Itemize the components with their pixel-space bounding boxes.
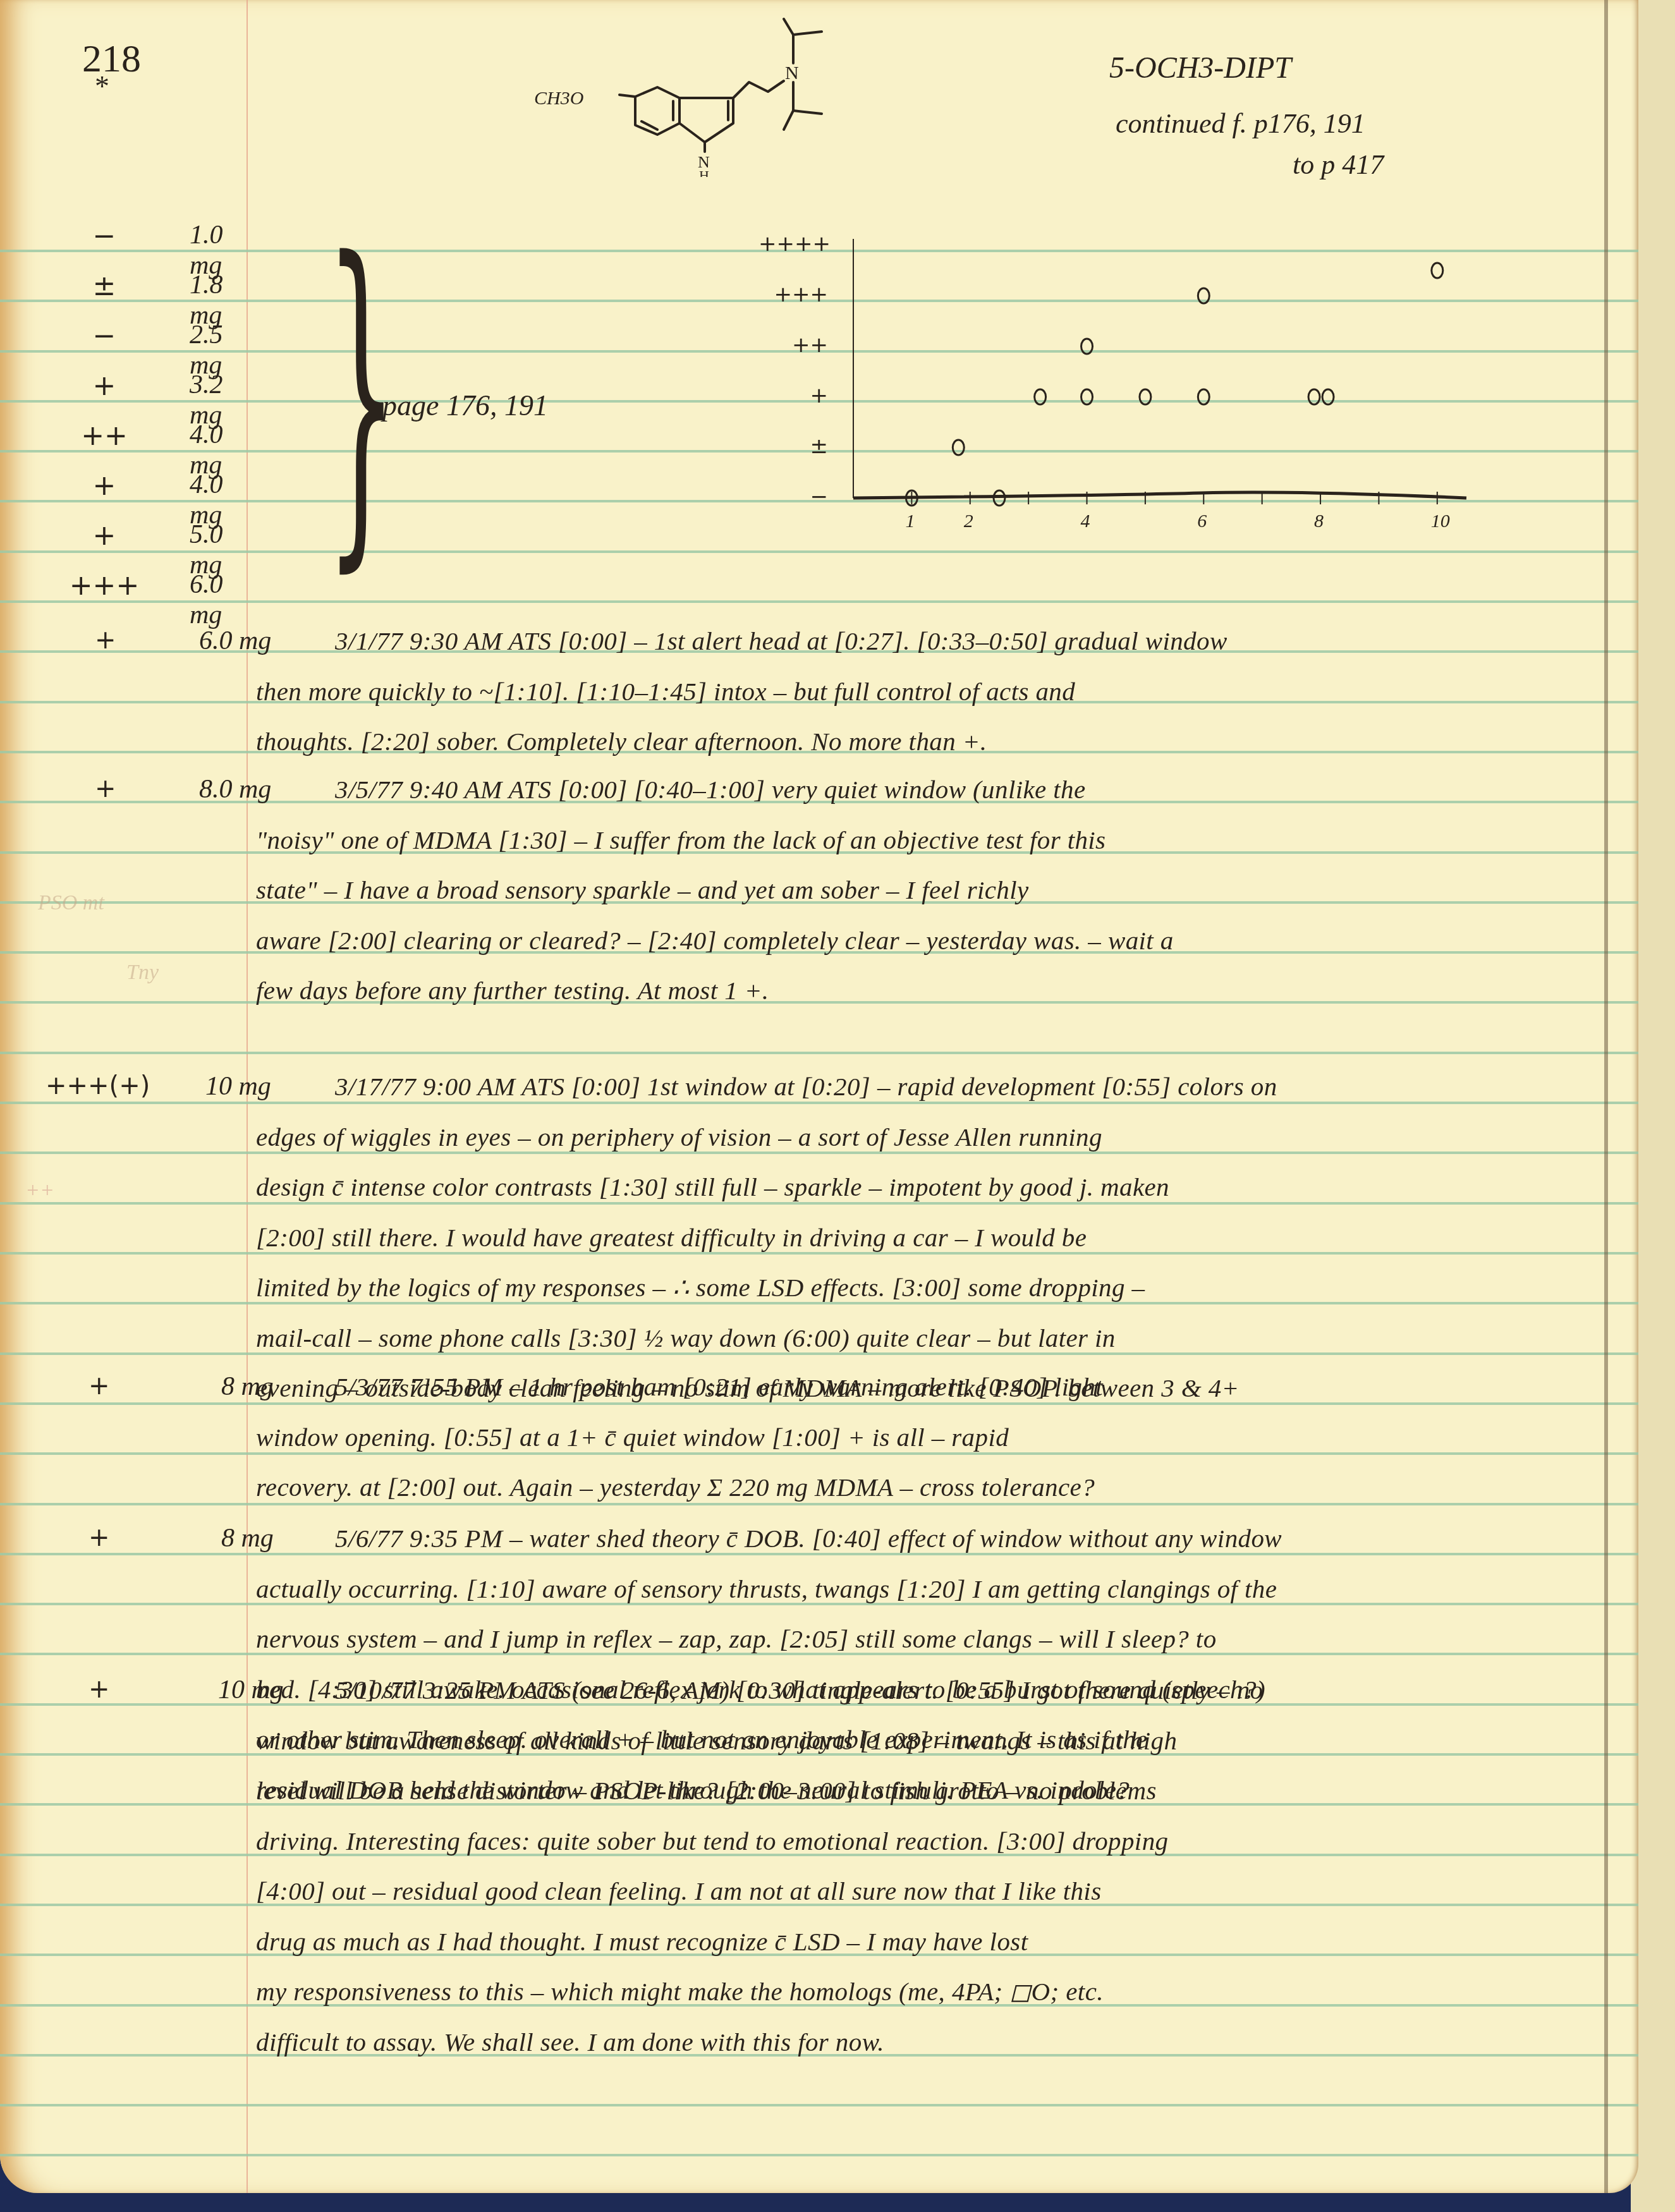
methoxy-label: CH3O [534, 88, 583, 109]
entry-text-line: aware [2:00] clearing or cleared? – [2:4… [256, 925, 1628, 956]
ruled-line [0, 1352, 1638, 1355]
entry-text-line: edges of wiggles in eyes – on periphery … [256, 1122, 1628, 1152]
y-tick-label: +++ [758, 282, 828, 307]
data-point [953, 440, 964, 455]
dose-rating: + [63, 370, 145, 402]
dose-rating: − [63, 320, 145, 352]
bleed-through-mark: ++ [25, 1179, 54, 1203]
y-tick-label: ++ [758, 332, 828, 358]
ruled-line [0, 1452, 1638, 1455]
entry-text-line: actually occurring. [1:10] aware of sens… [256, 1574, 1628, 1604]
data-point [1322, 389, 1334, 404]
bleed-through-mark: PSO mt [38, 891, 104, 915]
entry-text-line: design c̄ intense color contrasts [1:30]… [256, 1172, 1628, 1202]
data-point [1035, 389, 1046, 404]
notebook-page: 218 * CH3O N H N 5-OCH3-DIPT co [0, 0, 1638, 2193]
data-point [1081, 389, 1093, 404]
entry-text-line: 3/1/77 9:30 AM ATS [0:00] – 1st alert he… [335, 626, 1628, 656]
entry-dose: 10 mg [218, 1675, 284, 1705]
ruled-line [0, 600, 1638, 603]
data-point [1140, 389, 1151, 404]
entry-dose: 8.0 mg [199, 774, 271, 805]
y-tick-label: − [758, 484, 828, 509]
entry-text-line: level will be a sense distorter – PSOP-l… [256, 1775, 1628, 1806]
data-point [1198, 288, 1209, 303]
ruled-line [0, 1152, 1638, 1154]
entry-text-line: limited by the logics of my responses – … [256, 1272, 1628, 1303]
brace-label: page 176, 191 [382, 389, 548, 422]
entry-rating: + [88, 1371, 110, 1401]
amine-nitrogen-label: N [785, 63, 799, 83]
data-point [1308, 389, 1320, 404]
hydrogen-label: H [699, 167, 709, 177]
entry-rating: + [95, 626, 116, 655]
entry-rating: +++(+) [46, 1071, 150, 1100]
x-tick-label: 6 [1197, 511, 1207, 532]
entry-dose: 10 mg [205, 1071, 271, 1102]
chemical-structure-diagram: CH3O N H N [525, 6, 1043, 177]
entry-text-line: "noisy" one of MDMA [1:30] – I suffer fr… [256, 825, 1628, 855]
entry-text-line: state" – I have a broad sensory sparkle … [256, 875, 1628, 905]
entry-text-line: 5/10/77 3:25 PM ATS (see 26-6, AM) [0:30… [335, 1675, 1628, 1705]
ruled-line [0, 550, 1638, 553]
x-tick-label: 10 [1431, 511, 1450, 532]
entry-text-line: driving. Interesting faces: quite sober … [256, 1826, 1628, 1856]
dose-response-plot: −±++++++++++1246810 [746, 228, 1492, 544]
page-number: 218 [82, 37, 141, 82]
entry-text-line: few days before any further testing. At … [256, 975, 1628, 1006]
y-tick-label: ± [758, 434, 828, 459]
dose-rating: − [63, 220, 145, 252]
entry-text-line: mail-call – some phone calls [3:30] ½ wa… [256, 1323, 1628, 1353]
data-point [1432, 263, 1443, 278]
dose-rating: ± [63, 270, 145, 302]
entry-dose: 8 mg [221, 1371, 274, 1402]
ruled-line [0, 2104, 1638, 2106]
entry-text-line: window opening. [0:55] at a 1+ c̄ quiet … [256, 1422, 1628, 1452]
entry-rating: + [88, 1523, 110, 1552]
x-tick-label: 1 [905, 511, 915, 532]
entry-text-line: 3/5/77 9:40 AM ATS [0:00] [0:40–1:00] ve… [335, 774, 1628, 805]
ruled-line [0, 2154, 1638, 2156]
page-edge [1604, 0, 1608, 2193]
dose-rating: +++ [63, 569, 145, 602]
entry-text-line: 3/17/77 9:00 AM ATS [0:00] 1st window at… [335, 1071, 1628, 1102]
entry-text-line: 5/6/77 9:35 PM – water shed theory c̄ DO… [335, 1523, 1628, 1553]
plot-canvas [746, 228, 1492, 544]
entry-text-line: nervous system – and I jump in reflex – … [256, 1624, 1628, 1654]
star-mark: * [95, 70, 109, 103]
dose-rating: + [63, 520, 145, 552]
dose-rating: + [63, 470, 145, 502]
entry-rating: + [95, 774, 116, 803]
x-tick-label: 4 [1081, 511, 1090, 532]
continued-from-note: continued f. p176, 191 [1116, 107, 1365, 140]
entry-text-line: thoughts. [2:20] sober. Completely clear… [256, 726, 1628, 757]
x-tick-label: 2 [964, 511, 973, 532]
y-tick-label: + [758, 383, 828, 408]
dose-rating: ++ [63, 420, 145, 452]
continued-to-note: to p 417 [1293, 149, 1384, 181]
entry-text-line: drug as much as I had thought. I must re… [256, 1926, 1628, 1957]
entry-text-line: my responsiveness to this – which might … [256, 1976, 1628, 2007]
entry-dose: 6.0 mg [199, 626, 271, 656]
ruled-line [0, 1202, 1638, 1205]
entry-text-line: [2:00] still there. I would have greates… [256, 1222, 1628, 1253]
x-tick-label: 8 [1314, 511, 1324, 532]
ruled-line [0, 1052, 1638, 1054]
y-tick-label: ++++ [758, 231, 828, 257]
entry-text-line: [4:00] out – residual good clean feeling… [256, 1876, 1628, 1906]
ruled-line [0, 1503, 1638, 1505]
entry-text-line: then more quickly to ~[1:10]. [1:10–1:45… [256, 676, 1628, 707]
entry-text-line: window but awareness of all kinds of lit… [256, 1725, 1628, 1756]
entry-rating: + [88, 1675, 110, 1704]
data-point [1081, 339, 1093, 354]
compound-title: 5-OCH3-DIPT [1109, 51, 1291, 85]
ruled-line [0, 1102, 1638, 1104]
bleed-through-mark: Tny [126, 961, 159, 985]
data-point [1198, 389, 1209, 404]
entry-text-line: recovery. at [2:00] out. Again – yesterd… [256, 1472, 1628, 1502]
entry-text-line: 5/3/77 7:55 PM – 1 hr post ham [0:21] ea… [335, 1371, 1628, 1402]
dose-amount: 6.0 mg [190, 569, 223, 630]
entry-dose: 8 mg [221, 1523, 274, 1553]
entry-text-line: difficult to assay. We shall see. I am d… [256, 2027, 1628, 2057]
ruled-line [0, 1252, 1638, 1255]
